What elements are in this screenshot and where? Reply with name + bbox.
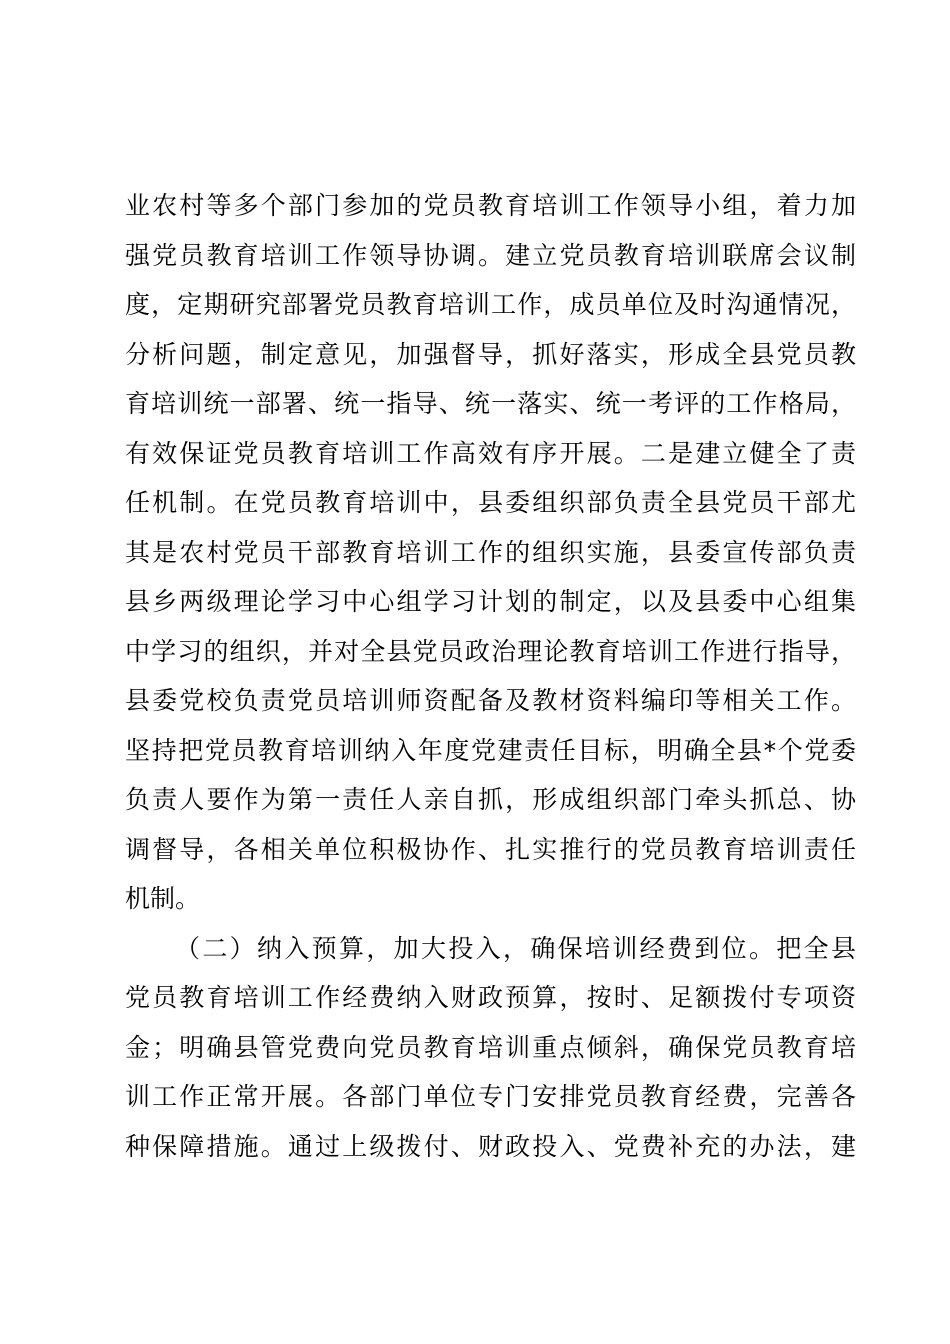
text-line: 负责人要作为第一责任人亲自抓，形成组织部门牵头抓总、协 (125, 775, 856, 825)
text-line: 度，定期研究部署党员教育培训工作，成员单位及时沟通情况， (125, 280, 856, 330)
text-line: 其是农村党员干部教育培训工作的组织实施，县委宣传部负责 (125, 528, 856, 578)
text-line: 县委党校负责党员培训师资配备及教材资料编印等相关工作。 (125, 676, 856, 726)
paragraph-continuation: 业农村等多个部门参加的党员教育培训工作领导小组，着力加强党员教育培训工作领导协调… (125, 181, 856, 924)
paragraph-section-2: （二）纳入预算，加大投入，确保培训经费到位。把全县党员教育培训工作经费纳入财政预… (125, 924, 856, 1172)
text-line: 分析问题，制定意见，加强督导，抓好落实，形成全县党员教 (125, 330, 856, 380)
document-page: 业农村等多个部门参加的党员教育培训工作领导小组，着力加强党员教育培训工作领导协调… (0, 0, 950, 1344)
text-line: 调督导，各相关单位积极协作、扎实推行的党员教育培训责任 (125, 825, 856, 875)
text-line: 强党员教育培训工作领导协调。建立党员教育培训联席会议制 (125, 231, 856, 281)
text-line: 有效保证党员教育培训工作高效有序开展。二是建立健全了责 (125, 429, 856, 479)
text-line: 坚持把党员教育培训纳入年度党建责任目标，明确全县*个党委 (125, 726, 856, 776)
text-line: 党员教育培训工作经费纳入财政预算，按时、足额拨付专项资 (125, 973, 856, 1023)
text-line: （二）纳入预算，加大投入，确保培训经费到位。把全县 (125, 924, 856, 974)
text-line: 县乡两级理论学习中心组学习计划的制定，以及县委中心组集 (125, 577, 856, 627)
text-line: 业农村等多个部门参加的党员教育培训工作领导小组，着力加 (125, 181, 856, 231)
text-line: 金；明确县管党费向党员教育培训重点倾斜，确保党员教育培 (125, 1023, 856, 1073)
text-line: 中学习的组织，并对全县党员政治理论教育培训工作进行指导， (125, 627, 856, 677)
text-line: 训工作正常开展。各部门单位专门安排党员教育经费，完善各 (125, 1072, 856, 1122)
text-line: 任机制。在党员教育培训中，县委组织部负责全县党员干部尤 (125, 478, 856, 528)
document-body: 业农村等多个部门参加的党员教育培训工作领导小组，着力加强党员教育培训工作领导协调… (125, 181, 856, 1171)
text-line: 种保障措施。通过上级拨付、财政投入、党费补充的办法，建 (125, 1122, 856, 1172)
text-line: 机制。 (125, 874, 856, 924)
text-line: 育培训统一部署、统一指导、统一落实、统一考评的工作格局， (125, 379, 856, 429)
